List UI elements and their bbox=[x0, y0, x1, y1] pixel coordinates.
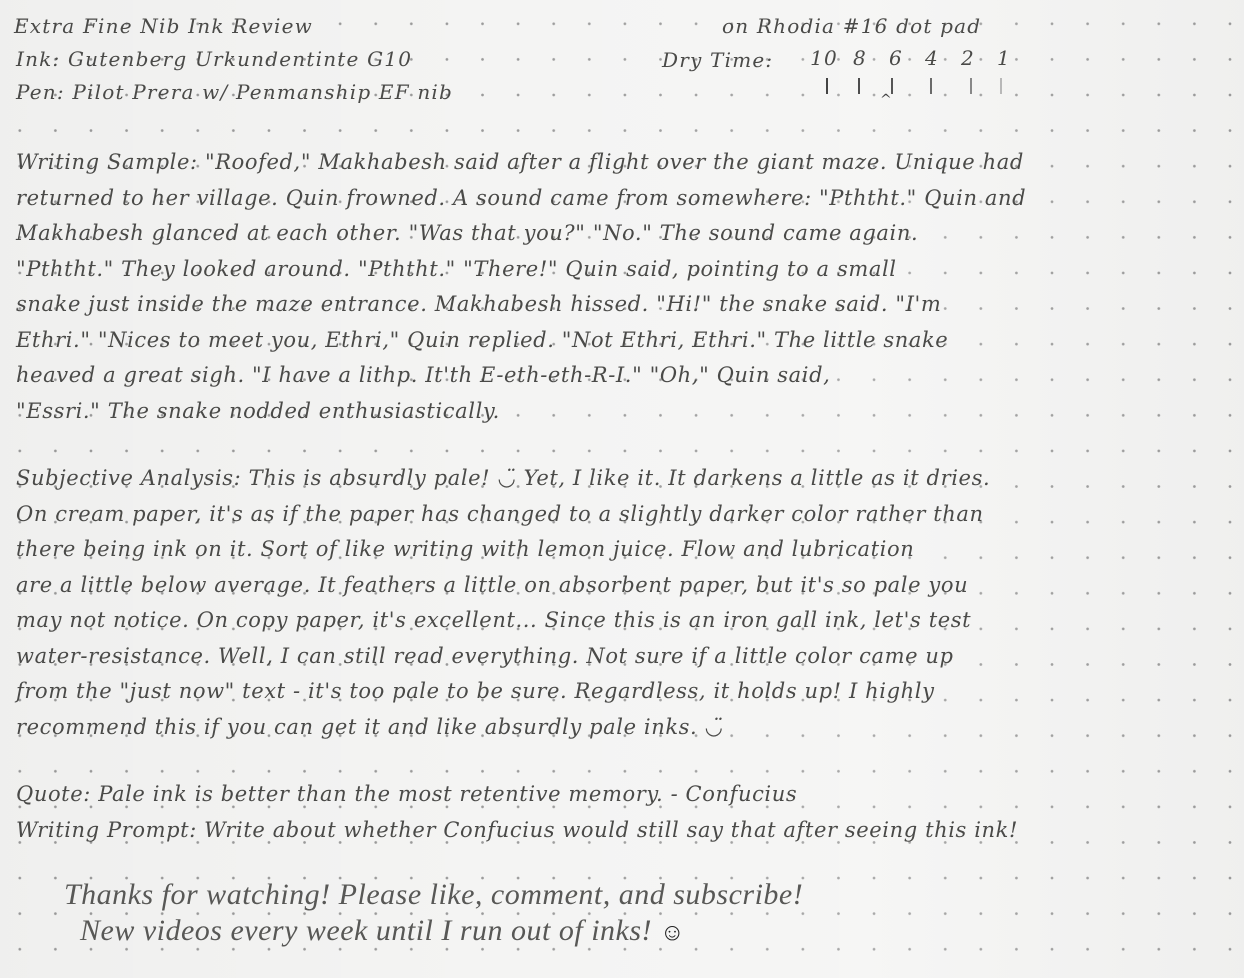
sample-line: Makhabesh glanced at each other. "Was th… bbox=[16, 221, 918, 245]
dry-mark-2 bbox=[970, 78, 972, 94]
analysis-line: recommend this if you can get it and lik… bbox=[16, 715, 724, 739]
dry-time-6: 6 bbox=[878, 46, 914, 70]
dry-time-4: 4 bbox=[914, 46, 950, 70]
sample-line: Ethri." "Nices to meet you, Ethri," Quin… bbox=[16, 328, 948, 352]
sample-line: returned to her village. Quin frowned. A… bbox=[16, 186, 1026, 210]
dry-time-values: 1086421 bbox=[806, 46, 1022, 70]
signoff-line-1: Thanks for watching! Please like, commen… bbox=[64, 878, 803, 912]
dry-mark-10 bbox=[826, 78, 828, 94]
dry-time-2: 2 bbox=[950, 46, 986, 70]
smiley-icon: ☺ bbox=[660, 920, 685, 946]
dry-mark-4 bbox=[930, 78, 932, 94]
signoff-line-2: New videos every week until I run out of… bbox=[80, 914, 685, 948]
ink-name: Ink: Gutenberg Urkundentinte G10 bbox=[16, 47, 412, 71]
pen-name: Pen: Pilot Prera w/ Penmanship EF nib bbox=[16, 80, 453, 104]
dry-time-10: 10 bbox=[806, 46, 842, 70]
quote-line: Quote: Pale ink is better than the most … bbox=[16, 782, 797, 806]
dry-time-label: Dry Time: bbox=[662, 48, 773, 72]
signoff-text: New videos every week until I run out of… bbox=[80, 914, 652, 947]
sample-line: Writing Sample: "Roofed," Makhabesh said… bbox=[16, 150, 1024, 174]
analysis-line: there being ink on it. Sort of like writ… bbox=[16, 537, 914, 561]
analysis-line: Subjective Analysis: This is absurdly pa… bbox=[16, 466, 990, 490]
analysis-line: are a little below average. It feathers … bbox=[16, 573, 968, 597]
sample-line: heaved a great sigh. "I have a lithp. It… bbox=[16, 363, 830, 387]
analysis-line: may not notice. On copy paper, it's exce… bbox=[16, 608, 971, 632]
review-title: Extra Fine Nib Ink Review bbox=[14, 14, 313, 38]
sample-line: "Pththt." They looked around. "Pththt." … bbox=[16, 257, 897, 281]
dry-time-caret-icon: ^ bbox=[880, 92, 892, 108]
dry-mark-8 bbox=[858, 78, 860, 94]
dry-time-1: 1 bbox=[986, 46, 1022, 70]
analysis-line: water-resistance. Well, I can still read… bbox=[16, 644, 954, 668]
paper-name: on Rhodia #16 dot pad bbox=[722, 14, 981, 38]
sample-line: snake just inside the maze entrance. Mak… bbox=[16, 292, 941, 316]
dry-time-8: 8 bbox=[842, 46, 878, 70]
dry-mark-1 bbox=[1000, 78, 1002, 94]
sample-line: "Essri." The snake nodded enthusiastical… bbox=[16, 399, 500, 423]
analysis-line: from the "just now" text - it's too pale… bbox=[16, 679, 935, 703]
analysis-line: On cream paper, it's as if the paper has… bbox=[16, 502, 984, 526]
writing-prompt: Writing Prompt: Write about whether Conf… bbox=[16, 818, 1018, 842]
